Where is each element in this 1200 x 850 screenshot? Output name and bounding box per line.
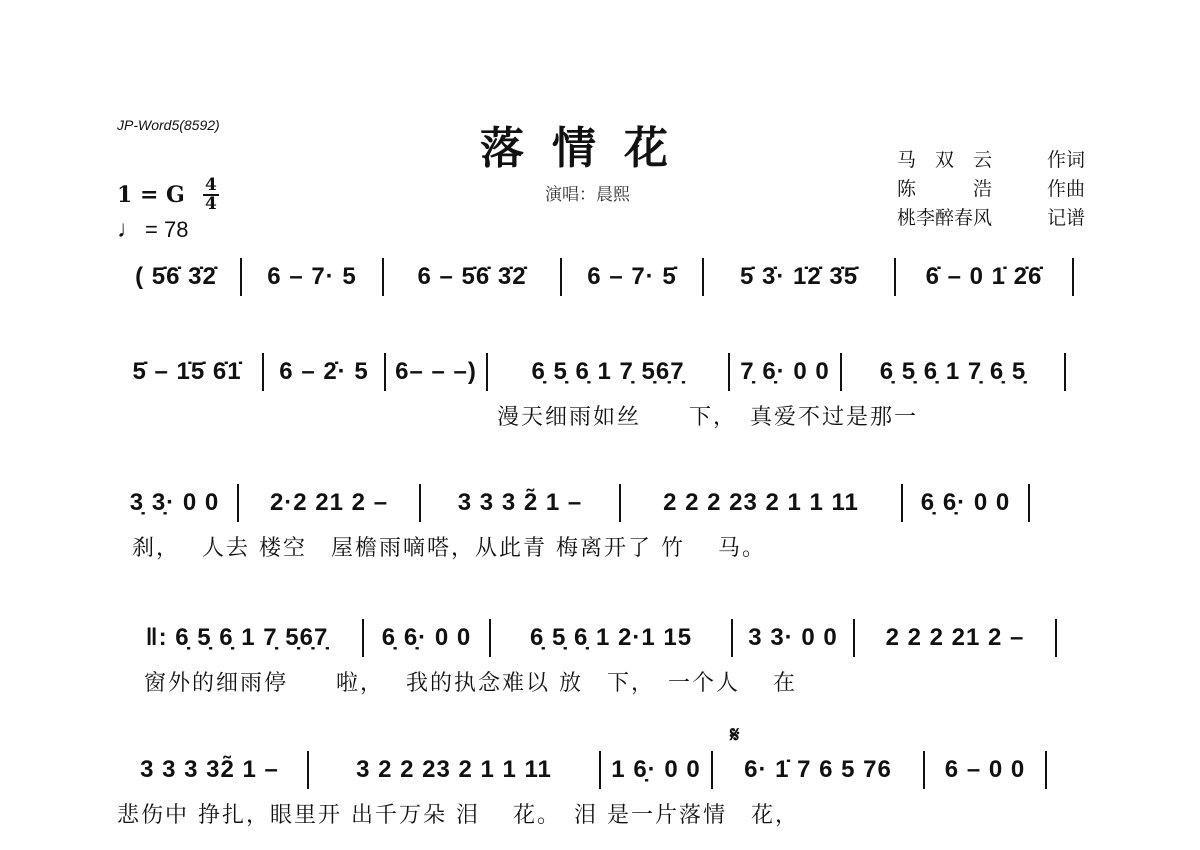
measure: 2 2 2 21 2 – — [855, 618, 1055, 658]
measure: ‖: 6̣ 5̣ 6̣ 1 7̣ 5̣6̣7̣ — [112, 618, 362, 658]
measure: 6 – 5̇6̇ 3̇2̇ — [384, 257, 560, 297]
software-label: JP-Word5(8592) — [117, 117, 220, 133]
measure: 6 – 7· 5̇ — [562, 257, 702, 297]
lyrics-line: 悲伤中 挣扎，眼里开 出千万朵 泪 花。 泪 是一片落情 花， — [117, 798, 799, 829]
measure: 6̣ 6̣· 0 0 — [903, 483, 1028, 523]
measure: 6· 1̇ 7 6 5 76 — [713, 750, 923, 790]
measure: 2 2 2 23 2 1 1 11 — [621, 483, 901, 523]
measure: 3 3· 0 0 — [733, 618, 853, 658]
time-signature: 4 4 — [203, 178, 219, 212]
measure: 6̣ 5̣ 6̣ 1 7̣ 6̣ 5̣ — [842, 352, 1064, 392]
segno-icon: 𝄋 — [730, 722, 739, 748]
measure: 6̣ 5̣ 6̣ 1 7̣ 5̣6̣7̣ — [488, 352, 728, 392]
measure: 3 3 3 32̃ 1 – — [112, 750, 307, 790]
credit-transcriber: 桃李醉春风记谱 — [897, 204, 1085, 233]
credit-composer: 陈 浩作曲 — [897, 175, 1085, 204]
key-signature: 1 = G 4 4 — [117, 178, 219, 212]
measure: 1 6̣· 0 0 — [601, 750, 711, 790]
measure: 7̣ 6̣· 0 0 — [730, 352, 840, 392]
lyrics-line: 窗外的细雨停 啦， 我的执念难以 放 下， 一个人 在 — [144, 666, 797, 697]
measure: 6̣ 6̣· 0 0 — [364, 618, 489, 658]
measure: 6̇ – 0 1̇ 2̇6̇ — [896, 257, 1072, 297]
measure: 6 – 7· 5 — [242, 257, 382, 297]
lyrics-line: 漫天细雨如丝 下， 真爱不过是那一 — [497, 400, 918, 431]
measure: 3̣ 3̣· 0 0 — [112, 483, 237, 523]
singer-label: 演唱：晨熙 — [545, 180, 630, 205]
measure: 5̇ 3̇· 1̇2̇ 3̇5̇ — [704, 257, 894, 297]
song-title: 落情花 — [480, 112, 696, 176]
measure: 5̇ – 1̇5̇ 6̇1̇ — [112, 352, 262, 392]
measure: ( 5̇6̇ 3̇2̇ — [112, 257, 240, 297]
measure: 6– – –) — [386, 352, 486, 392]
measure: 3 3 3 2̃ 1 – — [421, 483, 619, 523]
measure: 6̣ 5̣ 6̣ 1 2·1 15 — [491, 618, 731, 658]
lyrics-line: 刹， 人去 楼空 屋檐雨嘀嗒，从此青 梅离开了 竹 马。 — [132, 531, 766, 562]
measure: 3 2 2 23 2 1 1 11 — [309, 750, 599, 790]
measure: 6 – 0 0 — [925, 750, 1045, 790]
tempo-marking: ♩ = 78 — [117, 216, 188, 244]
credit-lyricist: 马 双 云作词 — [897, 146, 1085, 175]
measure: 6 – 2̇· 5 — [264, 352, 384, 392]
credits: 马 双 云作词 陈 浩作曲 桃李醉春风记谱 — [897, 146, 1085, 233]
quarter-note-icon: ♩ — [117, 216, 141, 244]
measure: 2·2 21 2 – — [239, 483, 419, 523]
